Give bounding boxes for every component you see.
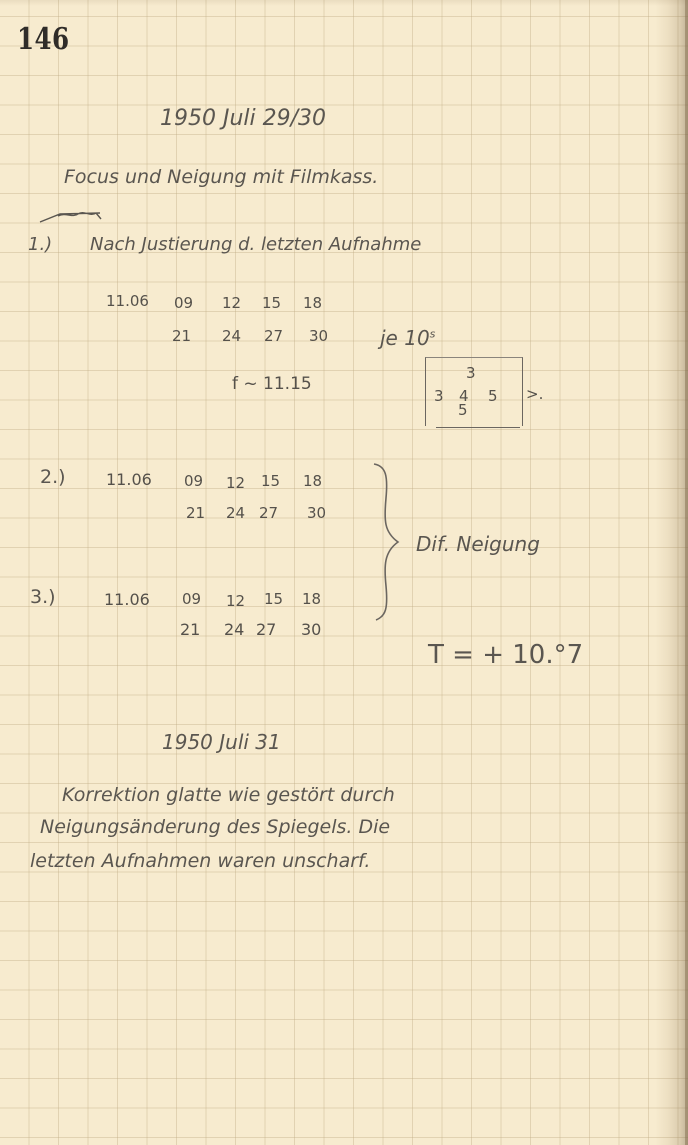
- entry-date-july-31: 1950 Juli 31: [162, 730, 281, 754]
- item-2-value: 24: [226, 504, 245, 522]
- item-3-value: 30: [301, 620, 321, 639]
- entry-2-line-1: Korrektion glatte wie gestört durch: [62, 784, 395, 806]
- item-3-value: 12: [226, 592, 245, 610]
- item-1-text: Nach Justierung d. letzten Aufnahme: [90, 234, 421, 255]
- page-number: 146: [17, 22, 70, 57]
- item-2-label: 2.): [40, 466, 66, 488]
- focus-grid-underline: [436, 427, 520, 428]
- item-2-value: 27: [259, 504, 278, 522]
- item-1-value: 09: [174, 294, 193, 312]
- item-1-start-time: 11.06: [106, 292, 149, 310]
- box-value-left: 3: [434, 387, 444, 405]
- entry-2-line-3: letzten Aufnahmen waren unscharf.: [30, 850, 370, 872]
- box-value-top: 3: [466, 364, 476, 382]
- item-2-start-time: 11.06: [106, 470, 152, 489]
- exposure-unit: s: [430, 327, 436, 340]
- notebook-page: 146 1950 Juli 29/30 Focus und Neigung mi…: [0, 0, 688, 1145]
- underline-scribble-icon: [38, 208, 104, 224]
- item-3-label: 3.): [30, 586, 56, 608]
- item-2-value: 15: [261, 472, 280, 490]
- item-1-value: 30: [309, 327, 328, 345]
- focus-value: f ~ 11.15: [232, 374, 312, 394]
- item-1-value: 27: [264, 327, 283, 345]
- item-3-value: 15: [264, 590, 283, 608]
- box-suffix: >.: [526, 385, 543, 403]
- item-3-value: 18: [302, 590, 321, 608]
- temperature-note: T = + 10.°7: [428, 640, 583, 670]
- item-3-value: 24: [224, 620, 244, 639]
- item-1-value: 12: [222, 294, 241, 312]
- item-2-value: 18: [303, 472, 322, 490]
- item-1-value: 18: [303, 294, 322, 312]
- exposure-text: je 10: [380, 326, 430, 350]
- item-2-value: 21: [186, 504, 205, 522]
- brace-note: Dif. Neigung: [416, 532, 540, 556]
- item-2-value: 12: [226, 474, 245, 492]
- curly-brace-icon: [372, 462, 408, 622]
- item-1-label: 1.): [28, 234, 52, 255]
- entry-title: Focus und Neigung mit Filmkass.: [64, 166, 378, 188]
- item-1-value: 24: [222, 327, 241, 345]
- entry-2-line-2: Neigungsänderung des Spiegels. Die: [40, 816, 390, 838]
- entry-date-july-29-30: 1950 Juli 29/30: [160, 106, 326, 131]
- item-2-value: 30: [307, 504, 326, 522]
- item-1-value: 15: [262, 294, 281, 312]
- item-3-value: 09: [182, 590, 201, 608]
- item-3-value: 21: [180, 620, 200, 639]
- box-value-bottom: 5: [458, 401, 468, 419]
- item-2-value: 09: [184, 472, 203, 490]
- box-value-right: 5: [488, 387, 498, 405]
- item-3-start-time: 11.06: [104, 590, 150, 609]
- item-3-value: 27: [256, 620, 276, 639]
- item-1-value: 21: [172, 327, 191, 345]
- exposure-note: je 10s: [380, 326, 435, 350]
